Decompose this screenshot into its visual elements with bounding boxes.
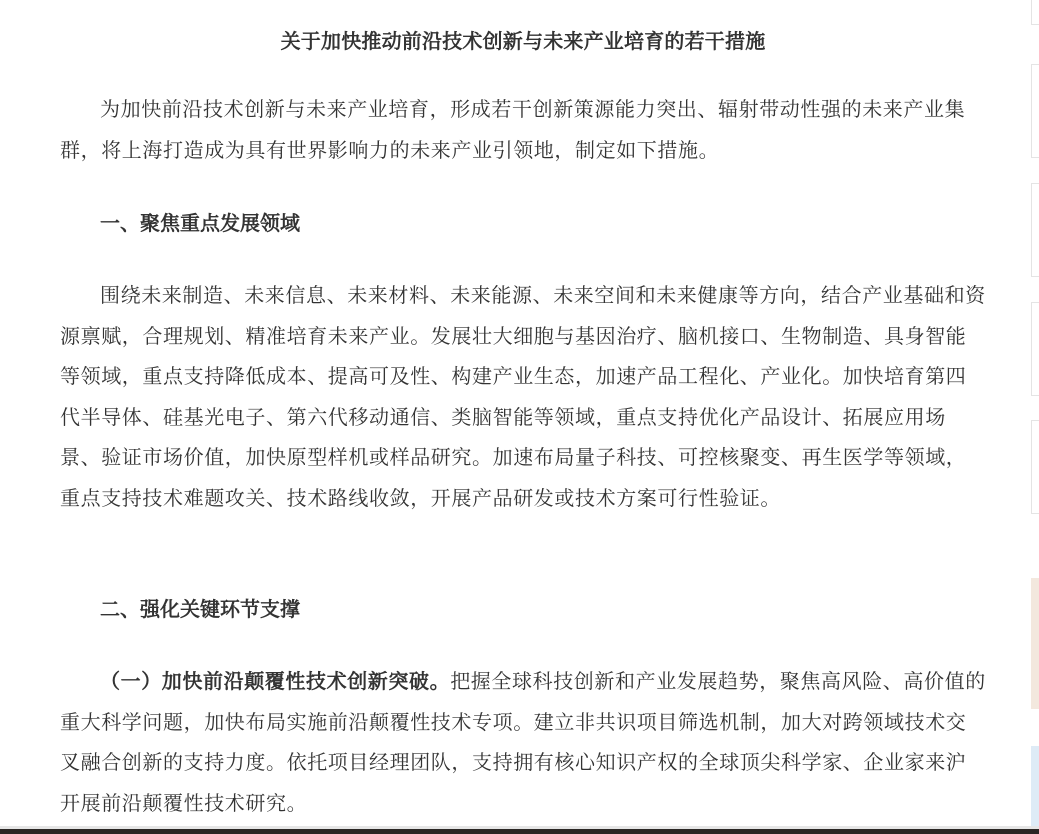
section-heading-2: 二、强化关键环节支撑 <box>60 589 986 629</box>
section-heading-1: 一、聚焦重点发展领域 <box>60 203 986 243</box>
sidebar-card[interactable] <box>1031 420 1039 514</box>
taskbar-edge <box>0 829 1039 834</box>
intro-paragraph: 为加快前沿技术创新与未来产业培育，形成若干创新策源能力突出、辐射带动性强的未来产… <box>60 89 986 170</box>
subsection-lead: （一）加快前沿颠覆性技术创新突破。 <box>100 669 450 693</box>
sidebar-block-beige[interactable] <box>1031 578 1039 709</box>
sidebar-card[interactable] <box>1031 0 1039 25</box>
section-1-paragraph: 围绕未来制造、未来信息、未来材料、未来能源、未来空间和未来健康等方向，结合产业基… <box>60 275 986 519</box>
sidebar-block-blue[interactable] <box>1031 746 1039 826</box>
sidebar-card[interactable] <box>1031 302 1039 396</box>
document-title: 关于加快推动前沿技术创新与未来产业培育的若干措施 <box>60 26 986 56</box>
sidebar-card[interactable] <box>1031 183 1039 277</box>
subsection-paragraph: （一）加快前沿颠覆性技术创新突破。把握全球科技创新和产业发展趋势，聚焦高风险、高… <box>60 661 986 823</box>
sidebar-card[interactable] <box>1031 64 1039 158</box>
